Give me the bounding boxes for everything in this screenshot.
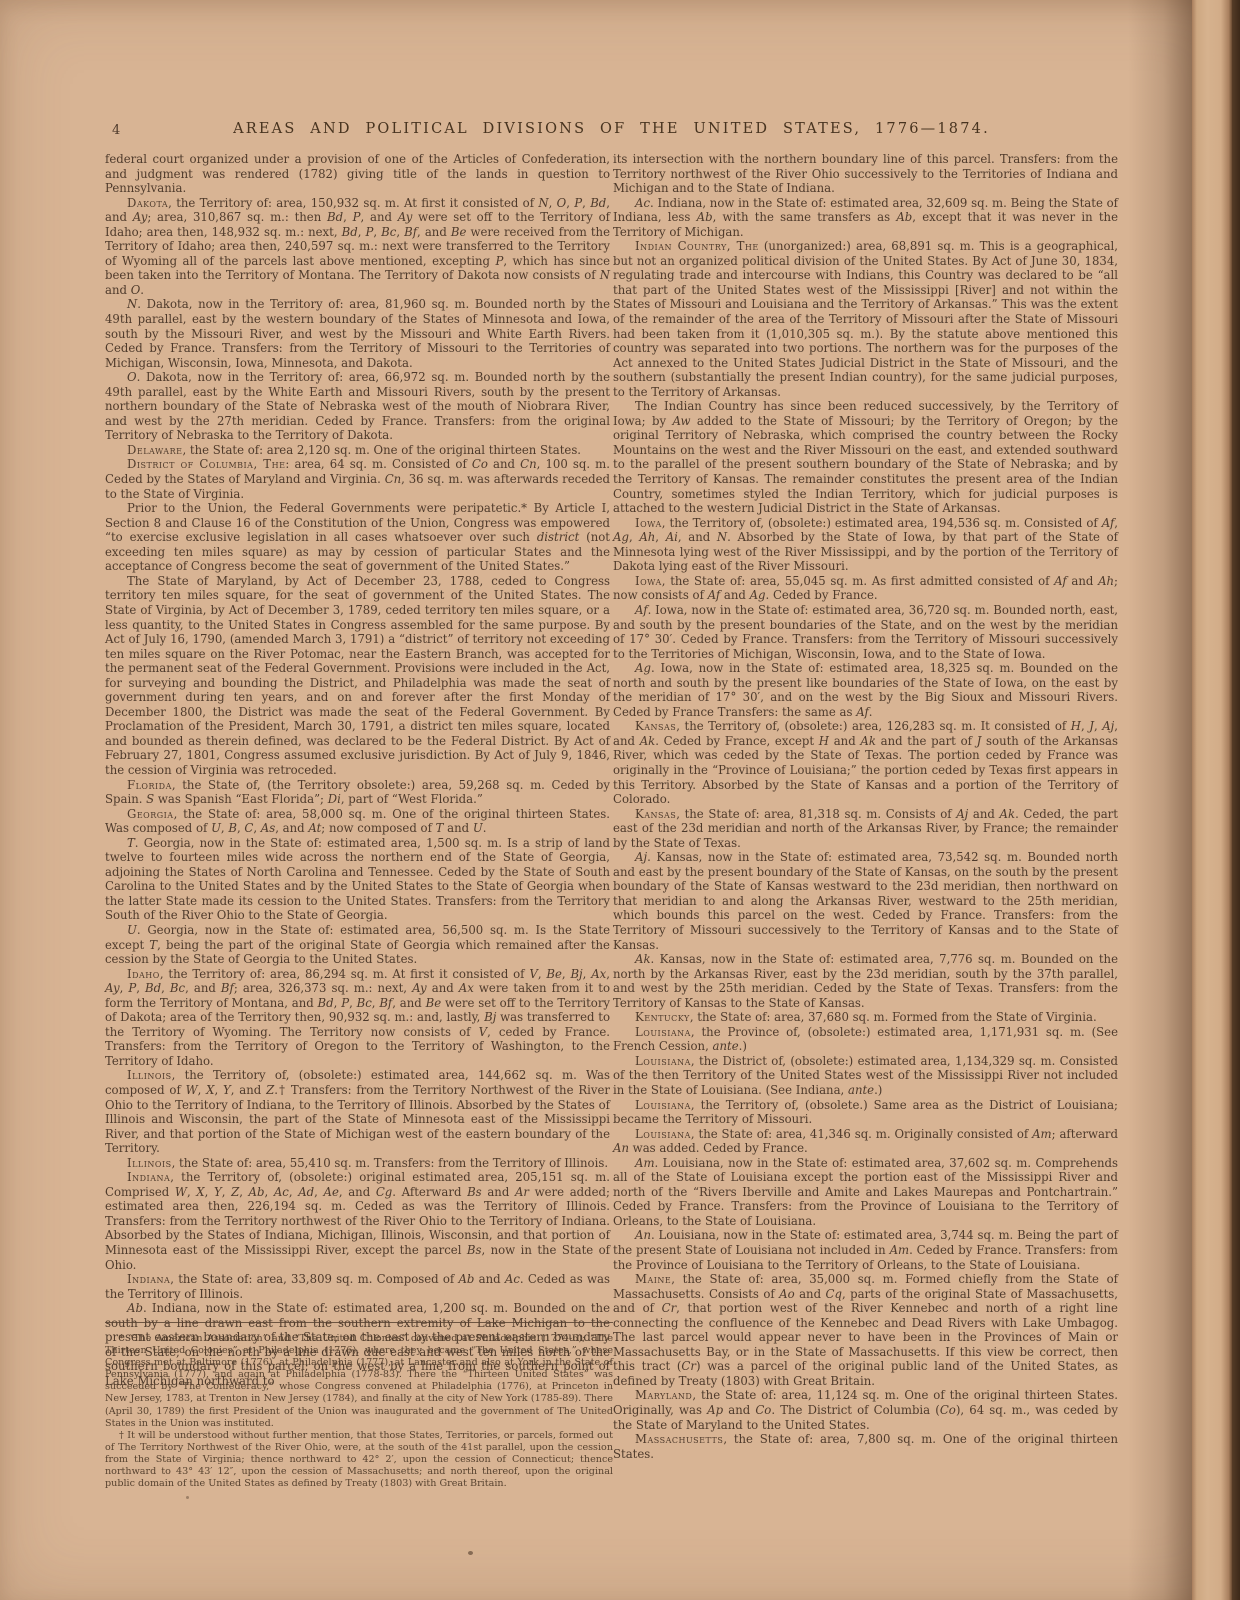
book-edge bbox=[1232, 0, 1240, 1600]
italic-run: Ag bbox=[750, 588, 766, 602]
italic-run: Bc bbox=[381, 225, 396, 239]
paragraph: Delaware, the State of: area 2,120 sq. m… bbox=[105, 443, 610, 458]
paragraph: Louisiana, the District of, (obsolete:) … bbox=[613, 1054, 1118, 1098]
italic-run: Ap bbox=[707, 1403, 723, 1417]
small-caps-run: Georgia bbox=[127, 807, 174, 821]
italic-run: Di bbox=[328, 792, 341, 806]
paragraph: Massachusetts, the State of: area, 7,800… bbox=[613, 1432, 1118, 1461]
italic-run: Be bbox=[426, 996, 442, 1010]
facing-page-edge bbox=[1192, 0, 1232, 1600]
paragraph: Ac. Indiana, now in the State of: estima… bbox=[613, 196, 1118, 240]
paragraph: The Indian Country has since been reduce… bbox=[613, 399, 1118, 515]
paragraph: Iowa, the State of: area, 55,045 sq. m. … bbox=[613, 574, 1118, 603]
italic-run: Aj bbox=[1102, 719, 1114, 733]
italic-run: Cr bbox=[681, 1359, 696, 1373]
italic-run: Ac bbox=[274, 1185, 289, 1199]
italic-run: An bbox=[635, 1228, 651, 1242]
paragraph: Indiana, the State of: area, 33,809 sq. … bbox=[105, 1272, 610, 1301]
text-column-right: its intersection with the northern bound… bbox=[613, 152, 1118, 1461]
italic-run: Af bbox=[856, 705, 869, 719]
paragraph: Kansas, the Territory of, (obsolete:) ar… bbox=[613, 719, 1118, 806]
italic-run: Ab bbox=[249, 1185, 265, 1199]
small-caps-run: Maryland bbox=[635, 1388, 692, 1402]
paragraph: Ak. Kansas, now in the State of: estimat… bbox=[613, 952, 1118, 1010]
italic-run: Bc bbox=[170, 981, 185, 995]
text-column-left: federal court organized under a provisio… bbox=[105, 152, 610, 1388]
paragraph: Af. Iowa, now in the State of: estimated… bbox=[613, 603, 1118, 661]
page-title: AREAS AND POLITICAL DIVISIONS OF THE UNI… bbox=[105, 121, 1118, 137]
paragraph: † It will be understood without further … bbox=[105, 1430, 613, 1490]
small-caps-run: Dakota bbox=[127, 196, 168, 210]
italic-run: Bf bbox=[404, 225, 417, 239]
footnote-divider bbox=[105, 1322, 613, 1323]
small-caps-run: District of Columbia, The bbox=[127, 457, 285, 471]
paragraph: its intersection with the northern bound… bbox=[613, 152, 1118, 196]
paragraph: federal court organized under a provisio… bbox=[105, 152, 610, 196]
paragraph: Ag. Iowa, now in the State of: estimated… bbox=[613, 661, 1118, 719]
paragraph: Georgia, the State of: area, 58,000 sq. … bbox=[105, 807, 610, 836]
italic-run: Ak bbox=[635, 952, 651, 966]
italic-run: Z bbox=[266, 1083, 274, 1097]
ink-speck bbox=[186, 1496, 189, 1499]
italic-run: Co bbox=[472, 457, 488, 471]
italic-run: Ag bbox=[613, 530, 629, 544]
paragraph: Louisiana, the Territory of, (obsolete.)… bbox=[613, 1098, 1118, 1127]
ink-speck bbox=[468, 1551, 473, 1555]
italic-run: Ae bbox=[324, 1185, 339, 1199]
italic-run: S bbox=[146, 792, 154, 806]
paragraph: Kentucky, the State of: area, 37,680 sq.… bbox=[613, 1010, 1118, 1025]
book-page: 4 AREAS AND POLITICAL DIVISIONS OF THE U… bbox=[0, 0, 1240, 1600]
italic-run: P bbox=[353, 210, 361, 224]
paragraph: T. Georgia, now in the State of: estimat… bbox=[105, 836, 610, 923]
paragraph: Louisiana, the State of: area, 41,346 sq… bbox=[613, 1127, 1118, 1156]
italic-run: T bbox=[436, 821, 444, 835]
small-caps-run: Idaho bbox=[127, 967, 160, 981]
italic-run: Bj bbox=[570, 967, 582, 981]
small-caps-run: Kentucky bbox=[635, 1010, 690, 1024]
italic-run: Ac bbox=[635, 196, 650, 210]
italic-run: As bbox=[261, 821, 275, 835]
italic-run: Bs bbox=[467, 1185, 482, 1199]
paragraph: Indiana, the Territory of, (obsolete:) o… bbox=[105, 1170, 610, 1272]
italic-run: V bbox=[479, 1025, 487, 1039]
italic-run: Cg bbox=[376, 1185, 392, 1199]
italic-run: Ah bbox=[1098, 574, 1114, 588]
small-caps-run: Iowa bbox=[635, 516, 662, 530]
italic-run: Bd bbox=[327, 210, 343, 224]
italic-run: P bbox=[341, 996, 349, 1010]
italic-run: ante bbox=[848, 1083, 874, 1097]
book-gutter-shadow bbox=[1128, 0, 1192, 1600]
italic-run: Ab bbox=[697, 210, 713, 224]
italic-run: An bbox=[613, 1141, 629, 1155]
small-caps-run: Illinois bbox=[127, 1156, 172, 1170]
italic-run: district bbox=[537, 530, 579, 544]
italic-run: Ax bbox=[591, 967, 606, 981]
italic-run: B bbox=[228, 821, 237, 835]
italic-run: W bbox=[175, 1185, 187, 1199]
italic-run: At bbox=[308, 821, 321, 835]
italic-run: Am bbox=[890, 1243, 910, 1257]
paragraph: U. Georgia, now in the State of: estimat… bbox=[105, 923, 610, 967]
italic-run: Bs bbox=[467, 1243, 482, 1257]
italic-run: C bbox=[244, 821, 253, 835]
paragraph: Idaho, the Territory of: area, 86,294 sq… bbox=[105, 967, 610, 1069]
italic-run: Ar bbox=[515, 1185, 529, 1199]
paragraph: The State of Maryland, by Act of Decembe… bbox=[105, 574, 610, 778]
paragraph: Am. Louisiana, now in the State of: esti… bbox=[613, 1156, 1118, 1229]
italic-run: Cr bbox=[662, 1301, 677, 1315]
italic-run: Ab bbox=[896, 210, 912, 224]
italic-run: Ab bbox=[127, 1301, 143, 1315]
paragraph: Louisiana, the Province of, (obsolete:) … bbox=[613, 1025, 1118, 1054]
small-caps-run: Louisiana bbox=[635, 1098, 691, 1112]
italic-run: Am bbox=[1032, 1127, 1052, 1141]
italic-run: N bbox=[127, 297, 137, 311]
paragraph: N. Dakota, now in the Territory of: area… bbox=[105, 297, 610, 370]
small-caps-run: Louisiana bbox=[635, 1127, 691, 1141]
italic-run: Af bbox=[635, 603, 648, 617]
italic-run: Ao bbox=[779, 1287, 794, 1301]
italic-run: Bd bbox=[318, 996, 334, 1010]
italic-run: Cn bbox=[520, 457, 536, 471]
small-caps-run: Indian Country, The bbox=[635, 239, 759, 253]
paragraph: Dakota, the Territory of: area, 150,932 … bbox=[105, 196, 610, 298]
italic-run: U bbox=[127, 923, 137, 937]
paragraph: O. Dakota, now in the Territory of: area… bbox=[105, 370, 610, 443]
italic-run: Ah bbox=[639, 530, 655, 544]
italic-run: Ai bbox=[666, 530, 678, 544]
small-caps-run: Louisiana bbox=[635, 1025, 691, 1039]
italic-run: N bbox=[717, 530, 727, 544]
small-caps-run: Kansas bbox=[635, 719, 676, 733]
italic-run: Ak bbox=[860, 734, 876, 748]
italic-run: Ay bbox=[105, 981, 120, 995]
italic-run: Bf bbox=[379, 996, 392, 1010]
italic-run: Af bbox=[708, 588, 721, 602]
paragraph: Iowa, the Territory of, (obsolete:) esti… bbox=[613, 516, 1118, 574]
italic-run: Be bbox=[451, 225, 467, 239]
italic-run: Bc bbox=[357, 996, 372, 1010]
italic-run: U bbox=[473, 821, 483, 835]
italic-run: Aw bbox=[673, 414, 691, 428]
italic-run: X bbox=[196, 1185, 204, 1199]
italic-run: J bbox=[1089, 719, 1094, 733]
paragraph: Florida, the State of, (the Territory ob… bbox=[105, 778, 610, 807]
small-caps-run: Iowa bbox=[635, 574, 662, 588]
italic-run: Co bbox=[940, 1403, 956, 1417]
italic-run: Ay bbox=[398, 210, 413, 224]
italic-run: Cq bbox=[826, 1287, 842, 1301]
paragraph: Maine, the State of: area, 35,000 sq. m.… bbox=[613, 1272, 1118, 1388]
italic-run: Cn bbox=[385, 472, 401, 486]
italic-run: N bbox=[600, 268, 610, 282]
small-caps-run: Massachusetts bbox=[635, 1432, 723, 1446]
italic-run: Aj bbox=[635, 850, 647, 864]
italic-run: Af bbox=[1054, 574, 1067, 588]
italic-run: Z bbox=[231, 1185, 239, 1199]
italic-run: Bd bbox=[145, 981, 161, 995]
italic-run: O bbox=[557, 196, 567, 210]
paragraph: Illinois, the State of: area, 55,410 sq.… bbox=[105, 1156, 610, 1171]
italic-run: Ak bbox=[640, 734, 656, 748]
small-caps-run: Illinois bbox=[127, 1068, 172, 1082]
italic-run: O bbox=[131, 283, 141, 297]
italic-run: Be bbox=[546, 967, 562, 981]
paragraph: Maryland, the State of: area, 11,124 sq.… bbox=[613, 1388, 1118, 1432]
paragraph: Aj. Kansas, now in the State of: estimat… bbox=[613, 850, 1118, 952]
italic-run: H bbox=[1071, 719, 1081, 733]
paragraph: Prior to the Union, the Federal Governme… bbox=[105, 501, 610, 574]
italic-run: Af bbox=[1102, 516, 1115, 530]
italic-run: Ak bbox=[1000, 807, 1016, 821]
italic-run: T bbox=[127, 836, 135, 850]
italic-run: Aj bbox=[956, 807, 968, 821]
italic-run: Ay bbox=[412, 981, 427, 995]
italic-run: ante bbox=[713, 1039, 739, 1053]
small-caps-run: Florida bbox=[127, 778, 172, 792]
italic-run: Y bbox=[214, 1185, 222, 1199]
paragraph: District of Columbia, The: area, 64 sq. … bbox=[105, 457, 610, 501]
italic-run: N bbox=[538, 196, 548, 210]
paragraph: An. Louisiana, now in the State of: esti… bbox=[613, 1228, 1118, 1272]
italic-run: Ay bbox=[133, 210, 148, 224]
italic-run: P bbox=[128, 981, 136, 995]
paragraph: Kansas, the State of: area, 81,318 sq. m… bbox=[613, 807, 1118, 851]
italic-run: P bbox=[495, 254, 503, 268]
italic-run: Ag bbox=[635, 661, 651, 675]
italic-run: Bj bbox=[484, 1010, 496, 1024]
italic-run: T bbox=[149, 938, 157, 952]
small-caps-run: Maine bbox=[635, 1272, 671, 1286]
italic-run: Ab bbox=[458, 1272, 474, 1286]
small-caps-run: Indiana bbox=[127, 1272, 170, 1286]
italic-run: V bbox=[529, 967, 537, 981]
italic-run: Ax bbox=[459, 981, 474, 995]
footnotes: * “The American Association” and “The Un… bbox=[105, 1333, 613, 1490]
paragraph: * “The American Association” and “The Un… bbox=[105, 1333, 613, 1430]
italic-run: J bbox=[977, 734, 982, 748]
italic-run: H bbox=[819, 734, 829, 748]
italic-run: Bd bbox=[590, 196, 606, 210]
italic-run: O bbox=[127, 370, 137, 384]
small-caps-run: Delaware bbox=[127, 443, 182, 457]
small-caps-run: Kansas bbox=[635, 807, 676, 821]
italic-run: Bf bbox=[221, 981, 234, 995]
small-caps-run: Indiana bbox=[127, 1170, 170, 1184]
italic-run: Am bbox=[635, 1156, 655, 1170]
italic-run: W bbox=[186, 1083, 198, 1097]
italic-run: Y bbox=[223, 1083, 231, 1097]
paragraph: Illinois, the Territory of, (obsolete:) … bbox=[105, 1068, 610, 1155]
italic-run: P bbox=[366, 225, 374, 239]
italic-run: Ad bbox=[298, 1185, 314, 1199]
italic-run: U bbox=[211, 821, 221, 835]
small-caps-run: Louisiana bbox=[635, 1054, 691, 1068]
italic-run: P bbox=[574, 196, 582, 210]
italic-run: X bbox=[206, 1083, 214, 1097]
italic-run: Co bbox=[755, 1403, 771, 1417]
paragraph: Indian Country, The (unorganized:) area,… bbox=[613, 239, 1118, 399]
italic-run: Bd bbox=[342, 225, 358, 239]
italic-run: Ac bbox=[505, 1272, 520, 1286]
